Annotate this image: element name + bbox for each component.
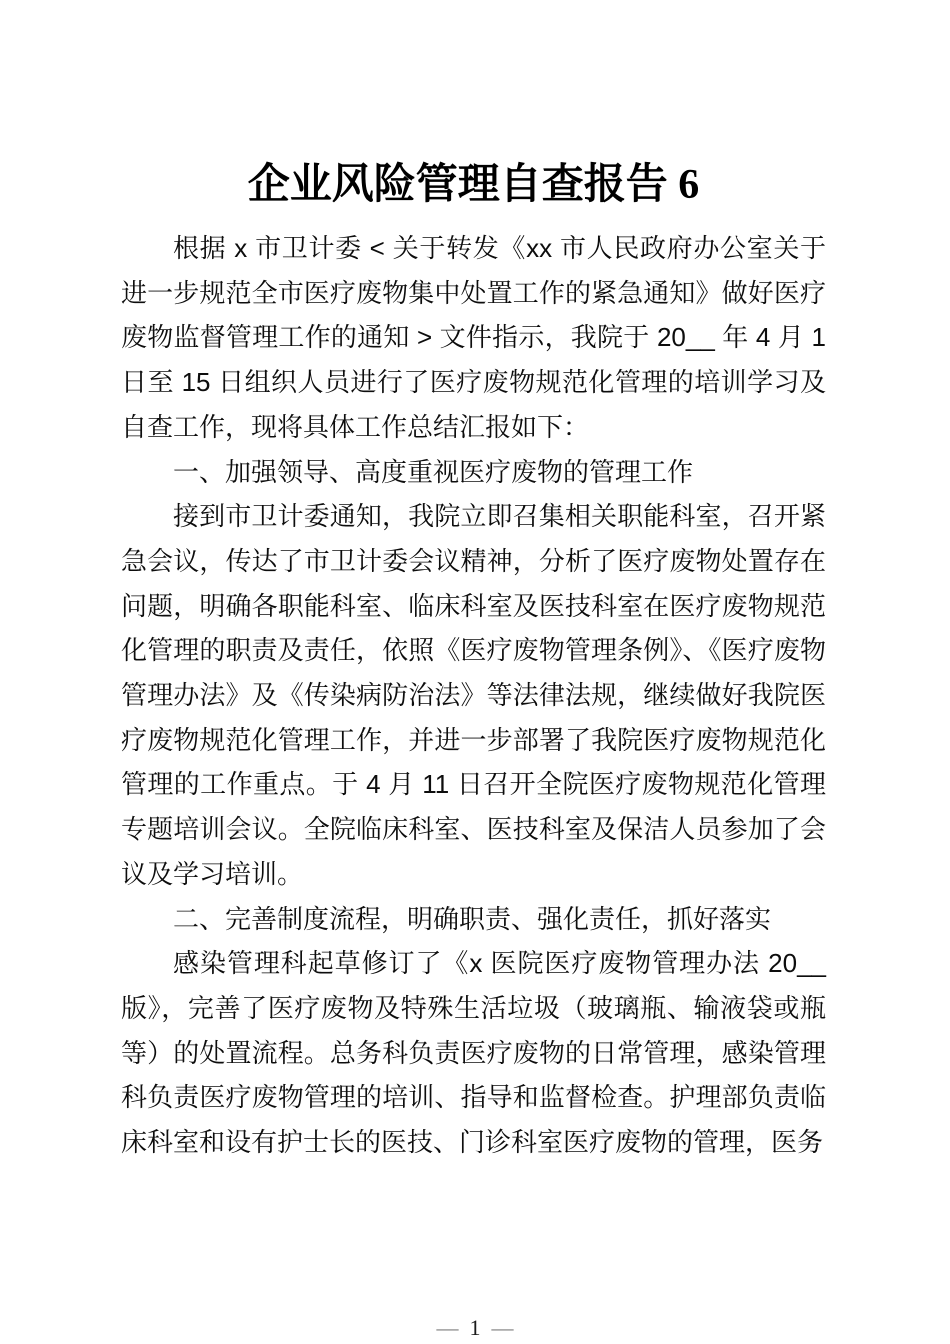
page-footer: —1— [0, 1316, 950, 1340]
document-page: 企业风险管理自查报告 6 根据 x 市卫计委 < 关于转发《xx 市人民政府办公… [0, 0, 950, 1344]
footer-dash-left: — [437, 1315, 459, 1340]
intro-paragraph: 根据 x 市卫计委 < 关于转发《xx 市人民政府办公室关于进一步规范全市医疗废… [121, 226, 826, 450]
section-2-heading: 二、完善制度流程，明确职责、强化责任，抓好落实 [121, 897, 826, 942]
document-content: 企业风险管理自查报告 6 根据 x 市卫计委 < 关于转发《xx 市人民政府办公… [0, 0, 950, 1165]
section-1-heading: 一、加强领导、高度重视医疗废物的管理工作 [121, 450, 826, 495]
document-title: 企业风险管理自查报告 6 [121, 156, 826, 214]
section-2-paragraph: 感染管理科起草修订了《x 医院医疗废物管理办法 20__ 版》，完善了医疗废物及… [121, 941, 826, 1165]
footer-page-number: 1 [470, 1315, 481, 1340]
section-1-paragraph: 接到市卫计委通知，我院立即召集相关职能科室，召开紧急会议，传达了市卫计委会议精神… [121, 494, 826, 896]
footer-dash-right: — [492, 1315, 514, 1340]
